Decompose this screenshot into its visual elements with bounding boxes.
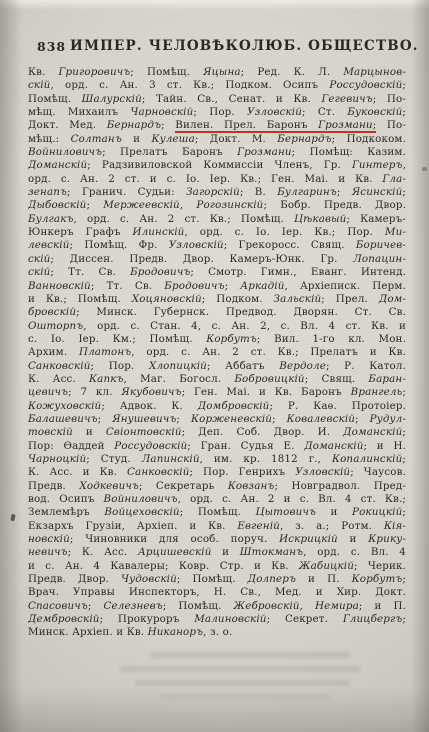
text-line: бровскій; Минск. Губернск. Предвод. Двор… — [28, 306, 406, 319]
text-run: , орд. с. Ан. 2 ст. Кв.; Помѣщ. — [74, 213, 295, 225]
text-run: ; Вил. 1-го кл. Мон. — [257, 333, 406, 345]
text-run: ; Черик. — [354, 560, 406, 572]
text-line: Пор: Ѳаддей Россудовскій; Гран. Судья Е.… — [28, 440, 406, 453]
ink-speck — [422, 167, 427, 171]
italic-name: Доманскій — [28, 159, 87, 171]
italic-name: Лапинскій — [142, 453, 200, 465]
scan-edge-right — [411, 0, 429, 732]
text-line: Спасовичъ; Селезневъ; Помѣщ. Жебровскій,… — [28, 600, 406, 613]
text-run: ; В. — [240, 186, 277, 198]
italic-name: Платонъ — [79, 346, 131, 358]
italic-name: Хлопицкій — [149, 360, 207, 372]
text-run: ; — [98, 413, 113, 425]
showthrough-line — [150, 652, 350, 658]
text-run: ; Р. Каѳ. Протоіер. — [269, 400, 406, 412]
text-run: ; По- — [373, 93, 406, 105]
italic-name: Узловскій — [247, 106, 302, 118]
italic-name: Доманскій — [343, 426, 402, 438]
text-run: ; Тт. Св. — [91, 280, 164, 292]
text-run: ; Чаусов. — [350, 466, 406, 478]
text-run: ; Адвок. К. — [101, 400, 197, 412]
text-run: К. Асс. и Кв. — [28, 466, 127, 478]
italic-name: Россудовскій — [114, 440, 187, 452]
text-run: Предв. Двор. — [28, 573, 121, 585]
text-run: По- — [376, 119, 406, 131]
text-run: и — [338, 533, 368, 545]
text-run: мѣщ.: — [28, 133, 71, 145]
text-run: и П. — [296, 573, 352, 585]
text-line: Помѣщ. Шалурскій; Тайн. Св., Сенат. и Кв… — [28, 93, 406, 106]
italic-name: Рудул- — [370, 413, 406, 425]
text-run: , Маг. Богосл. — [124, 373, 235, 385]
text-line: Чарноцкій; Студ. Лапинскій, им. кр. 1812… — [28, 453, 406, 466]
text-run: ; Тайн. Св., Сенат. и Кв. — [142, 93, 322, 105]
text-line: вод. Осипъ Войниловичъ, орд. с. Ан. 2 и … — [28, 493, 406, 506]
italic-name: Никаноръ — [148, 626, 204, 638]
text-run: Пор: Ѳаддей — [28, 440, 114, 452]
text-line: Юнкеръ Графъ Илинскій, орд. с. Іо. Іер. … — [28, 226, 406, 239]
italic-name: Балашевичъ — [28, 413, 98, 425]
italic-name: Ванновскій — [28, 280, 91, 292]
text-run: , — [300, 600, 315, 612]
italic-name: Ми- — [385, 226, 406, 238]
text-run: ; Пор. Генрихъ — [189, 466, 295, 478]
text-run: ; — [225, 280, 241, 292]
text-run: ; Помѣщ. Фр. — [70, 239, 169, 251]
text-run: Помѣщ. — [28, 93, 82, 105]
text-run: , орд. с. Ан. 2 и с. Вл. 4 ст. Кв.; — [178, 493, 406, 505]
italic-name: Ковалевскій — [287, 413, 355, 425]
page-title: ИМПЕР. ЧЕЛОВѢКОЛЮБ. ОБЩЕСТВО. — [70, 38, 389, 54]
text-line: скій; Тт. Св. Бродовичъ; Смотр. Гимн., Е… — [28, 266, 406, 279]
text-run: ; — [402, 573, 406, 585]
page-number: 838 — [37, 39, 66, 54]
italic-name: Дембровскій — [28, 613, 100, 625]
italic-name: Россудовскій — [329, 79, 402, 91]
text-run: , — [403, 159, 406, 171]
text-run: и с. Ан. 4 Кавалеры; Ковр. Стр. и Кв. — [28, 560, 299, 572]
text-run: ; — [402, 506, 406, 518]
italic-name: Вердоле — [279, 360, 326, 372]
text-run: , орд. с. Іо. Іер. Кв.; Пор. — [184, 226, 384, 238]
text-line: мѣщ. Михаилъ Чарновскій; Пор. Узловскій;… — [28, 106, 406, 119]
text-run: ; — [402, 79, 406, 91]
text-line: мѣщ.: Солтанъ и Кулеша; Докт. М. Бернард… — [28, 133, 406, 146]
text-line: Предв. Двор. Чудовскій; Помѣщ. Долперъ и… — [28, 573, 406, 586]
text-line: и с. Ан. 4 Кавалеры; Ковр. Стр. и Кв. Жа… — [28, 560, 406, 573]
italic-name: Ясинскій — [352, 186, 403, 198]
italic-name: Крику- — [368, 533, 406, 545]
italic-name: Хоцяновскій — [132, 293, 202, 305]
text-run: ; — [355, 413, 370, 425]
text-run: ; Помѣщ: Казим. — [292, 146, 406, 158]
showthrough-line — [120, 666, 360, 672]
text-run: ; — [161, 119, 175, 131]
italic-name: Дыбовскій — [28, 199, 86, 211]
italic-name: Бернардъ — [277, 133, 331, 145]
italic-name: Боричев- — [356, 239, 406, 251]
italic-name: Якубовичъ — [121, 386, 181, 398]
italic-name: левскій — [28, 239, 70, 251]
italic-name: Корбутъ — [352, 573, 403, 585]
italic-name: Грозмани — [318, 119, 373, 131]
text-run: ; — [88, 600, 104, 612]
italic-name: Грозмани — [237, 146, 292, 158]
italic-name: Кія- — [384, 520, 406, 532]
italic-name: скій — [28, 79, 50, 91]
italic-name: Копалинскій — [332, 453, 402, 465]
italic-name: Малиновскій — [194, 613, 266, 625]
text-run: , им. кр. 1812 г., — [200, 453, 332, 465]
text-run: ; Секрет. — [267, 613, 343, 625]
text-run: ; Минск. Губернск. Предвод. Дворян. Ст. … — [76, 306, 406, 318]
italic-name: Аркадій — [240, 280, 284, 292]
text-line: Землемѣръ Войцеховскій; Помѣщ. Цытовичъ … — [28, 506, 406, 519]
italic-name: Бродовичъ — [164, 280, 224, 292]
text-line: Дыбовскій; Мержеевскій, Рогозинскій; Боб… — [28, 199, 406, 212]
text-line: Врач. Управы Инспекторъ, Н. Св., Мед. и … — [28, 586, 406, 599]
italic-name: Булгаринъ — [277, 186, 337, 198]
italic-name: Загорскій — [186, 186, 240, 198]
text-run: ; К. Асс. — [68, 546, 138, 558]
italic-name: Жабицкій — [299, 560, 354, 572]
text-run: ; Тт. Св. — [50, 266, 130, 278]
text-run: ; Свящ. — [305, 373, 369, 385]
text-run: ; — [402, 106, 406, 118]
italic-name: Лопацин- — [353, 253, 406, 265]
text-run: Архим. — [28, 346, 79, 358]
text-line: К. Асс. Капкъ, Маг. Богосл. Бобровицкій;… — [28, 373, 406, 386]
italic-name: Григоровичъ — [59, 66, 131, 78]
text-run: ; Гранич. Судьи: — [67, 186, 186, 198]
text-line: Дембровскій; Прокуроръ Малиновскій; Секр… — [28, 613, 406, 626]
italic-name: Цѣкавый — [294, 213, 346, 225]
text-run: ; Секретарь — [139, 480, 228, 492]
text-run: Врач. Управы Инспекторъ, Н. Св., Мед. и … — [28, 586, 406, 598]
text-line: новскій; Чиновники для особ. поруч. Искр… — [28, 533, 406, 546]
text-line: К. Асс. и Кв. Санковскій; Пор. Генрихъ У… — [28, 466, 406, 479]
text-run: Докт. Мед. — [28, 119, 107, 131]
page-header: 838 ИМПЕР. ЧЕЛОВѢКОЛЮБ. ОБЩЕСТВО. — [0, 38, 429, 56]
text-line: с. Іо. Іер. Км.; Помѣщ. Корбутъ; Вил. 1-… — [28, 333, 406, 346]
italic-name: Штокманъ — [240, 546, 303, 558]
text-run: ; Ген. Маі. и Кв. Баронъ — [182, 386, 351, 398]
text-run: ; Ст. — [302, 106, 347, 118]
italic-name: скій — [28, 253, 50, 265]
text-run: Екзархъ Грузіи, Архіеп. и Кв. — [28, 520, 237, 532]
scan-edge-bottom — [0, 686, 429, 732]
text-run: ; Прел. — [321, 293, 379, 305]
italic-name: Узловскій — [295, 466, 350, 478]
text-run: Юнкеръ Графъ — [28, 226, 132, 238]
text-line: Доманскій; Радзивиловской Коммиссіи Член… — [28, 159, 406, 172]
italic-name: Чудовскій — [121, 573, 177, 585]
text-line: Ошторпъ, орд. с. Стан. 4, с. Ан. 2, с. В… — [28, 320, 406, 333]
text-run: ; — [86, 199, 103, 211]
italic-name: Узловскій — [169, 239, 224, 251]
text-line: Минск. Архіеп. и Кв. Никаноръ, з. о. — [28, 626, 406, 639]
italic-name: цевичъ — [28, 386, 68, 398]
italic-name: Бродовичъ — [130, 266, 190, 278]
italic-name: Дом- — [379, 293, 406, 305]
text-run: ; Пор. — [193, 106, 247, 118]
text-run: ; Камеръ- — [346, 213, 406, 225]
italic-name: Булгакъ — [28, 213, 74, 225]
text-line: Балашевичъ; Янушевичъ; Корженевскій; Ков… — [28, 413, 406, 426]
italic-name: новскій — [28, 533, 70, 545]
text-line: Санковскій; Пор. Хлопицкій; Аббатъ Вердо… — [28, 360, 406, 373]
text-line: Булгакъ, орд. с. Ан. 2 ст. Кв.; Помѣщ. Ц… — [28, 213, 406, 226]
italic-name: бровскій — [28, 306, 76, 318]
text-line: орд. с. Ан. 2 ст. и с. Іо. Іер. Кв.; Ген… — [28, 173, 406, 186]
italic-name: Врангель — [351, 386, 403, 398]
italic-name: скій — [28, 266, 50, 278]
text-run: , орд. с. Ан. 3 ст. Кв.; Подком. Осипъ — [50, 79, 329, 91]
italic-name: Бернардъ — [107, 119, 161, 131]
scan-edge-top — [0, 0, 429, 10]
text-line: Ванновскій; Тт. Св. Бродовичъ; Аркадій, … — [28, 280, 406, 293]
red-underline-annotation: Вилен. Прел. Баронъ Грозмани; — [175, 119, 376, 131]
italic-name: Санковскій — [28, 360, 90, 372]
italic-name: Кулеша — [151, 133, 194, 145]
text-run: ; 7 кл. — [68, 386, 121, 398]
text-run: , Архіеписк. Перм. — [284, 280, 406, 292]
text-line: левскій; Помѣщ. Фр. Узловскій; Грекоросс… — [28, 239, 406, 252]
italic-name: Буковскій — [347, 106, 402, 118]
text-run: Вилен. Прел. Баронъ — [175, 119, 318, 131]
italic-name: Войниловичъ — [104, 493, 178, 505]
italic-name: Санковскій — [127, 466, 189, 478]
italic-name: Янушевичъ — [112, 413, 176, 425]
text-run: ; Грекоросс. Свящ. — [224, 239, 356, 251]
text-run: ; — [337, 186, 352, 198]
text-run: мѣщ. Михаилъ — [28, 106, 130, 118]
text-run: ; Деп. Соб. Двор. И. — [182, 426, 344, 438]
text-run: ; Диссен. Предв. Двор. Камеръ-Юнк. Гр. — [50, 253, 353, 265]
italic-name: Жебровскій — [234, 600, 300, 612]
text-run: , з. о. — [203, 626, 232, 638]
italic-name: Свіонтовскій — [106, 426, 182, 438]
italic-name: Селезневъ — [103, 600, 162, 612]
text-run: ; Помѣщ. — [180, 506, 256, 518]
text-run: вод. Осипъ — [28, 493, 104, 505]
italic-name: Войниловичъ — [28, 146, 102, 158]
text-run: ; — [402, 453, 406, 465]
text-run: ; Прокуроръ — [100, 613, 195, 625]
text-run: Предв. — [28, 480, 79, 492]
text-line: цевичъ; 7 кл. Якубовичъ; Ген. Маі. и Кв.… — [28, 386, 406, 399]
italic-name: Солтанъ — [71, 133, 122, 145]
italic-name: Зальскій — [274, 293, 322, 305]
text-run: ; Студ. — [86, 453, 141, 465]
text-run: ; Помѣщ. — [177, 573, 248, 585]
text-line: скій, орд. с. Ан. 3 ст. Кв.; Подком. Оси… — [28, 79, 406, 92]
text-line: Предв. Ходкевичъ; Секретарь Ковзанъ; Нов… — [28, 480, 406, 493]
italic-name: Корженевскій — [191, 413, 272, 425]
text-run: , орд. с. Вл. 4 — [303, 546, 406, 558]
italic-name: Корбутъ — [206, 333, 257, 345]
text-line: и Кв.; Помѣщ. Хоцяновскій; Подком. Зальс… — [28, 293, 406, 306]
text-run: ; Гран. Судья Е. — [187, 440, 304, 452]
italic-name: Кожуховскій — [28, 400, 101, 412]
italic-name: Рокицкій — [352, 506, 402, 518]
italic-name: Цытовичъ — [256, 506, 316, 518]
text-line: товскій и Свіонтовскій; Деп. Соб. Двор. … — [28, 426, 406, 439]
text-run: ; Бобр. Предв. Двор. — [263, 199, 406, 211]
italic-name: Капкъ — [89, 373, 124, 385]
italic-name: Домбровскій — [198, 400, 270, 412]
italic-name: Доманскій — [304, 440, 363, 452]
italic-name: Ходкевичъ — [79, 480, 139, 492]
italic-name: Искрицкій — [279, 533, 338, 545]
italic-name: Рогозинскій — [196, 199, 263, 211]
italic-name: Долперъ — [248, 573, 296, 585]
italic-name: товскій — [28, 426, 73, 438]
text-run: и — [211, 546, 239, 558]
text-run: ; Прелатъ Баронъ — [102, 146, 237, 158]
text-run: , — [180, 199, 197, 211]
text-line: Докт. Мед. Бернардъ; Вилен. Прел. Баронъ… — [28, 119, 406, 132]
text-run: ; Докт. М. — [195, 133, 277, 145]
text-line: Войниловичъ; Прелатъ Баронъ Грозмани; По… — [28, 146, 406, 159]
text-line: Архим. Платонъ, орд. с. Ан. 2 ст. Кв.; П… — [28, 346, 406, 359]
text-run: ; — [176, 413, 191, 425]
italic-name: Илинскій — [132, 226, 184, 238]
body-text: Кв. Григоровичъ; Помѣщ. Яцына; Ред. К. Л… — [28, 66, 406, 640]
scan-edge-left — [0, 0, 22, 732]
italic-name: Баран- — [368, 373, 406, 385]
text-run: Кв. — [28, 66, 59, 78]
italic-name: зенапъ — [28, 186, 67, 198]
italic-name: Чарноцкій — [28, 453, 86, 465]
text-line: невичъ; К. Асс. Арцишевскій и Штокманъ, … — [28, 546, 406, 559]
text-run: ; Смотр. Гимн., Еванг. Интенд. — [190, 266, 406, 278]
italic-name: Евгеній — [237, 520, 280, 532]
text-run: , з. а.; Ротм. — [280, 520, 384, 532]
text-run: ; — [402, 426, 406, 438]
italic-name: Гегевичъ — [321, 93, 372, 105]
text-run: и — [316, 506, 352, 518]
text-run: ; — [272, 413, 287, 425]
text-run: ; Помѣщ. — [163, 600, 234, 612]
italic-name: Мержеевскій — [103, 199, 180, 211]
scanned-book-page: 838 ИМПЕР. ЧЕЛОВѢКОЛЮБ. ОБЩЕСТВО. Кв. Гр… — [0, 0, 429, 732]
text-run: ; Ред. К. Л. — [241, 66, 344, 78]
italic-name: невичъ — [28, 546, 68, 558]
text-run: ; Подком. — [202, 293, 274, 305]
text-run: ; — [402, 613, 406, 625]
italic-name: Чарновскій — [130, 106, 193, 118]
text-line: зенапъ; Гранич. Судьи: Загорскій; В. Бул… — [28, 186, 406, 199]
text-run: , орд. с. Ан. 2 ст. Кв.; Прелатъ и Кв. — [131, 346, 406, 358]
text-run: ; Новградвол. Пред- — [274, 480, 406, 492]
italic-name: Гинтеръ — [352, 159, 403, 171]
text-line: скій; Диссен. Предв. Двор. Камеръ-Юнк. Г… — [28, 253, 406, 266]
italic-name: Спасовичъ — [28, 600, 88, 612]
italic-name: Шалурскій — [82, 93, 142, 105]
text-run: орд. с. Ан. 2 ст. и с. Іо. Іер. Кв.; Ген… — [28, 173, 382, 185]
text-run: ; Аббатъ — [207, 360, 279, 372]
text-run: с. Іо. Іер. Км.; Помѣщ. — [28, 333, 206, 345]
text-run: , орд. с. Стан. 4, с. Ан. 2, с. Вл. 4 ст… — [83, 320, 406, 332]
text-run: и — [122, 133, 152, 145]
text-run: ; Подкоком. — [332, 133, 406, 145]
text-run: ; — [402, 186, 406, 198]
text-run: ; Помѣщ. — [130, 66, 203, 78]
text-line: Кв. Григоровичъ; Помѣщ. Яцына; Ред. К. Л… — [28, 66, 406, 79]
text-run: ; и Н. — [363, 440, 406, 452]
text-run: ; Р. Катол. — [326, 360, 406, 372]
text-run: и — [73, 426, 106, 438]
text-run: Землемѣръ — [28, 506, 104, 518]
text-line: Кожуховскій; Адвок. К. Домбровскій; Р. К… — [28, 400, 406, 413]
text-run: ; Радзивиловской Коммиссіи Членъ, Гр. — [87, 159, 352, 171]
italic-name: Ковзанъ — [228, 480, 275, 492]
italic-name: Войцеховскій — [104, 506, 179, 518]
italic-name: Гла- — [382, 173, 406, 185]
text-run: ; Пор. — [90, 360, 148, 372]
text-run: ; и П. — [359, 600, 406, 612]
italic-name: Марцынов- — [343, 66, 406, 78]
italic-name: Бобровицкій — [234, 373, 304, 385]
text-run: ; Чиновники для особ. поруч. — [70, 533, 279, 545]
text-run: К. Асс. — [28, 373, 89, 385]
text-line: Екзархъ Грузіи, Архіеп. и Кв. Евгеній, з… — [28, 520, 406, 533]
italic-name: Ошторпъ — [28, 320, 83, 332]
italic-name: Глицбергъ — [343, 613, 403, 625]
text-run: и Кв.; Помѣщ. — [28, 293, 132, 305]
italic-name: Немира — [315, 600, 359, 612]
italic-name: Яцына — [203, 66, 241, 78]
text-run: ; — [402, 386, 406, 398]
italic-name: Арцишевскій — [138, 546, 212, 558]
text-run: Минск. Архіеп. и Кв. — [28, 626, 148, 638]
